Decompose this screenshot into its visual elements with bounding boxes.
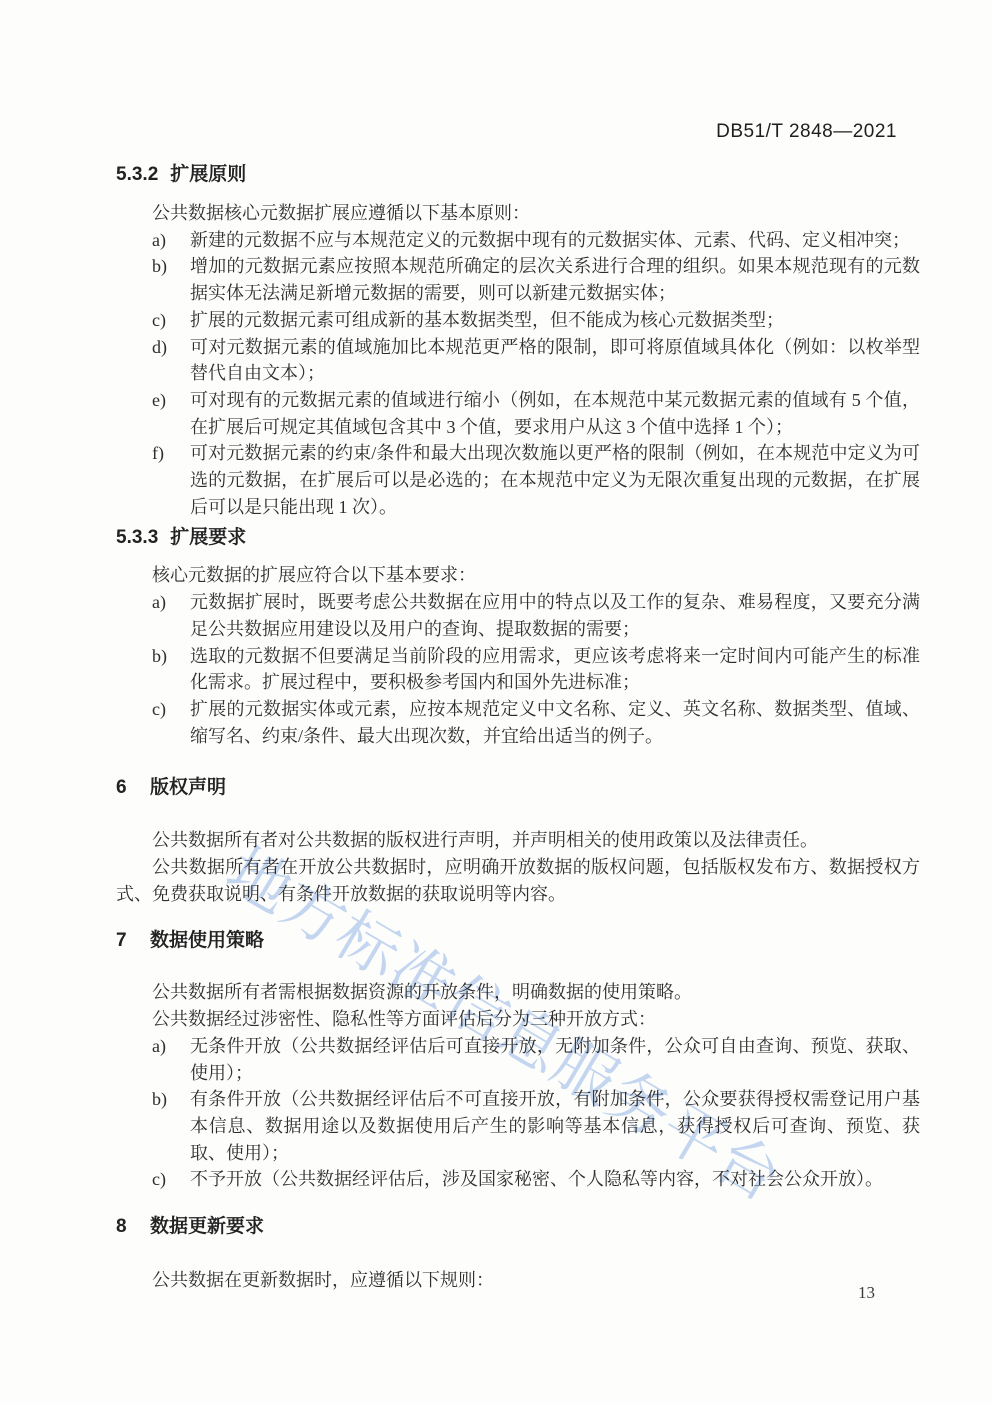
section-title: 数据使用策略 [150,930,264,951]
section-body: 核心元数据的扩展应符合以下基本要求：a)元数据扩展时，既要考虑公共数据在应用中的… [116,562,920,749]
list-item: a)无条件开放（公共数据经评估后可直接开放，无附加条件，公众可自由查询、预览、获… [152,1033,920,1086]
item-marker: a) [152,589,190,642]
paragraph: 公共数据在更新数据时，应遵循以下规则： [116,1267,920,1294]
section-title: 扩展要求 [170,527,246,548]
item-marker: a) [152,227,190,254]
section-title: 数据更新要求 [150,1216,264,1237]
section-number: 5.3.3 [116,526,158,550]
paragraph: 公共数据所有者需根据数据资源的开放条件，明确数据的使用策略。 [116,979,920,1006]
document-code-header: DB51/T 2848—2021 [716,121,897,143]
section-heading: 6版权声明 [116,776,920,800]
item-text: 扩展的元数据元素可组成新的基本数据类型，但不能成为核心元数据类型； [190,307,920,334]
section-6: 6版权声明公共数据所有者对公共数据的版权进行声明，并声明相关的使用政策以及法律责… [116,776,920,907]
item-text: 可对元数据元素的值域施加比本规范更严格的限制，即可将原值域具体化（例如：以枚举型… [190,334,920,387]
paragraph: 公共数据核心元数据扩展应遵循以下基本原则： [116,200,920,227]
list-item: f)可对元数据元素的约束/条件和最大出现次数施以更严格的限制（例如，在本规范中定… [152,440,920,520]
item-marker: c) [152,1166,190,1193]
section-number: 7 [116,929,138,953]
section-body: 公共数据所有者对公共数据的版权进行声明，并声明相关的使用政策以及法律责任。公共数… [116,827,920,907]
item-text: 扩展的元数据实体或元素，应按本规范定义中文名称、定义、英文名称、数据类型、值域、… [190,696,920,749]
paragraph: 核心元数据的扩展应符合以下基本要求： [116,562,920,589]
section-number: 6 [116,776,138,800]
section-heading: 7数据使用策略 [116,929,920,953]
list-item: a)新建的元数据不应与本规范定义的元数据中现有的元数据实体、元素、代码、定义相冲… [152,227,920,254]
list-item: c)不予开放（公共数据经评估后，涉及国家秘密、个人隐私等内容，不对社会公众开放）… [152,1166,920,1193]
list-item: b)有条件开放（公共数据经评估后不可直接开放，有附加条件，公众要获得授权需登记用… [152,1086,920,1166]
document-content: 5.3.2扩展原则公共数据核心元数据扩展应遵循以下基本原则：a)新建的元数据不应… [116,163,920,1294]
item-marker: c) [152,307,190,334]
item-text: 可对现有的元数据元素的值域进行缩小（例如，在本规范中某元数据元素的值域有 5 个… [190,387,920,440]
section-heading: 5.3.2扩展原则 [116,163,920,187]
page-number: 13 [858,1283,875,1303]
item-marker: b) [152,1086,190,1166]
item-marker: c) [152,696,190,749]
section-heading: 5.3.3扩展要求 [116,526,920,550]
item-text: 无条件开放（公共数据经评估后可直接开放，无附加条件，公众可自由查询、预览、获取、… [190,1033,920,1086]
section-title: 版权声明 [150,777,226,798]
paragraph: 公共数据所有者在开放公共数据时，应明确开放数据的版权问题，包括版权发布方、数据授… [116,854,920,907]
item-text: 选取的元数据不但要满足当前阶段的应用需求，更应该考虑将来一定时间内可能产生的标准… [190,643,920,696]
section-7: 7数据使用策略公共数据所有者需根据数据资源的开放条件，明确数据的使用策略。公共数… [116,929,920,1193]
section-heading: 8数据更新要求 [116,1215,920,1239]
list-item: a)元数据扩展时，既要考虑公共数据在应用中的特点以及工作的复杂、难易程度，又要充… [152,589,920,642]
item-text: 不予开放（公共数据经评估后，涉及国家秘密、个人隐私等内容，不对社会公众开放）。 [190,1166,920,1193]
item-marker: d) [152,334,190,387]
item-text: 有条件开放（公共数据经评估后不可直接开放，有附加条件，公众要获得授权需登记用户基… [190,1086,920,1166]
section-number: 8 [116,1215,138,1239]
section-5.3.2: 5.3.2扩展原则公共数据核心元数据扩展应遵循以下基本原则：a)新建的元数据不应… [116,163,920,520]
section-body: 公共数据在更新数据时，应遵循以下规则： [116,1267,920,1294]
item-text: 元数据扩展时，既要考虑公共数据在应用中的特点以及工作的复杂、难易程度，又要充分满… [190,589,920,642]
section-body: 公共数据所有者需根据数据资源的开放条件，明确数据的使用策略。公共数据经过涉密性、… [116,979,920,1193]
item-marker: b) [152,643,190,696]
item-marker: e) [152,387,190,440]
item-marker: a) [152,1033,190,1086]
list-item: e)可对现有的元数据元素的值域进行缩小（例如，在本规范中某元数据元素的值域有 5… [152,387,920,440]
item-text: 可对元数据元素的约束/条件和最大出现次数施以更严格的限制（例如，在本规范中定义为… [190,440,920,520]
item-text: 新建的元数据不应与本规范定义的元数据中现有的元数据实体、元素、代码、定义相冲突； [190,227,920,254]
section-8: 8数据更新要求公共数据在更新数据时，应遵循以下规则： [116,1215,920,1294]
list-item: d)可对元数据元素的值域施加比本规范更严格的限制，即可将原值域具体化（例如：以枚… [152,334,920,387]
paragraph: 公共数据经过涉密性、隐私性等方面评估后分为三种开放方式： [116,1006,920,1033]
document-page: DB51/T 2848—2021 地方标准信息服务平台 5.3.2扩展原则公共数… [0,0,992,1403]
section-5.3.3: 5.3.3扩展要求核心元数据的扩展应符合以下基本要求：a)元数据扩展时，既要考虑… [116,526,920,749]
section-title: 扩展原则 [170,164,246,185]
item-marker: f) [152,440,190,520]
paragraph: 公共数据所有者对公共数据的版权进行声明，并声明相关的使用政策以及法律责任。 [116,827,920,854]
list-item: c)扩展的元数据元素可组成新的基本数据类型，但不能成为核心元数据类型； [152,307,920,334]
list-item: b)增加的元数据元素应按照本规范所确定的层次关系进行合理的组织。如果本规范现有的… [152,253,920,306]
section-body: 公共数据核心元数据扩展应遵循以下基本原则：a)新建的元数据不应与本规范定义的元数… [116,200,920,520]
section-number: 5.3.2 [116,163,158,187]
list-item: b)选取的元数据不但要满足当前阶段的应用需求，更应该考虑将来一定时间内可能产生的… [152,643,920,696]
list-item: c)扩展的元数据实体或元素，应按本规范定义中文名称、定义、英文名称、数据类型、值… [152,696,920,749]
item-text: 增加的元数据元素应按照本规范所确定的层次关系进行合理的组织。如果本规范现有的元数… [190,253,920,306]
item-marker: b) [152,253,190,306]
